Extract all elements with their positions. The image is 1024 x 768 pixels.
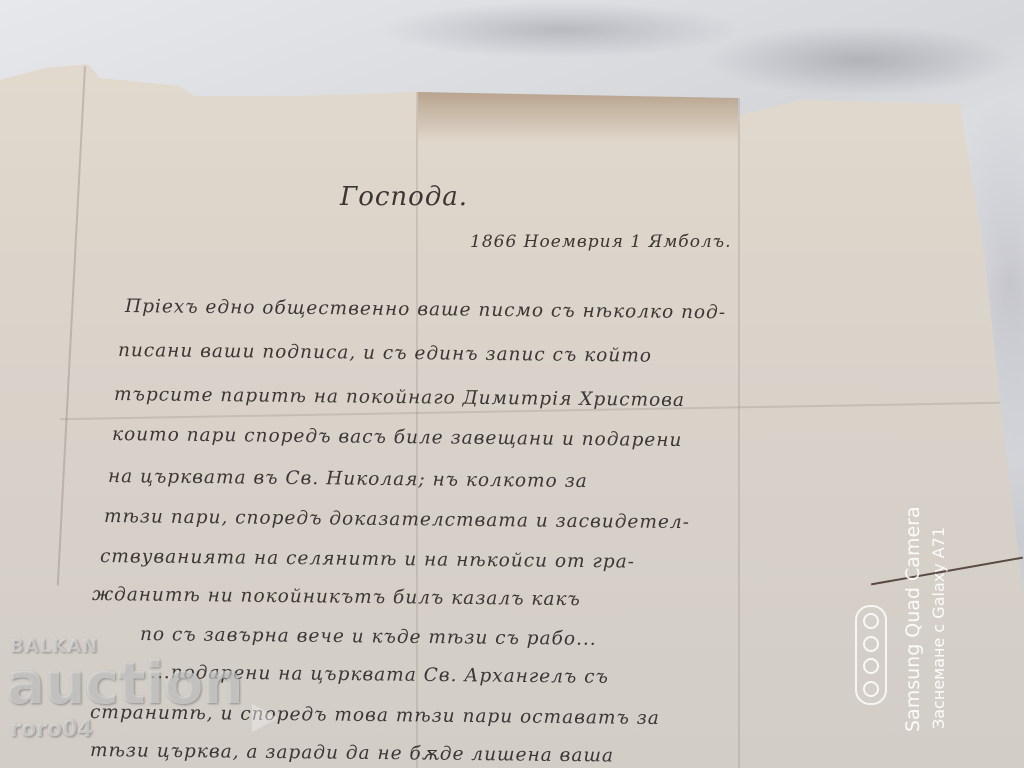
lens-icon (863, 658, 879, 674)
camera-watermark-line1: Samsung Quad Camera (902, 506, 924, 732)
camera-watermark-line2: Заснемане с Galaxy A71 (929, 527, 948, 729)
watermark-arrow-icon (252, 704, 278, 732)
auction-watermark: BALKAN auction roro04 (10, 636, 243, 742)
letter-dateline: 1866 Ноемврия 1 Ямболъ. (470, 232, 731, 252)
lens-icon (863, 681, 879, 697)
watermark-site-large: auction (6, 657, 243, 709)
paper-fold (738, 98, 740, 768)
watermark-username: roro04 (10, 717, 243, 742)
camera-lens-icon (855, 605, 887, 705)
lens-icon (863, 636, 879, 652)
paper-stain (418, 92, 738, 142)
letter-salutation: Господа. (340, 182, 468, 212)
camera-module-icon (855, 605, 887, 705)
lens-icon (863, 613, 879, 629)
